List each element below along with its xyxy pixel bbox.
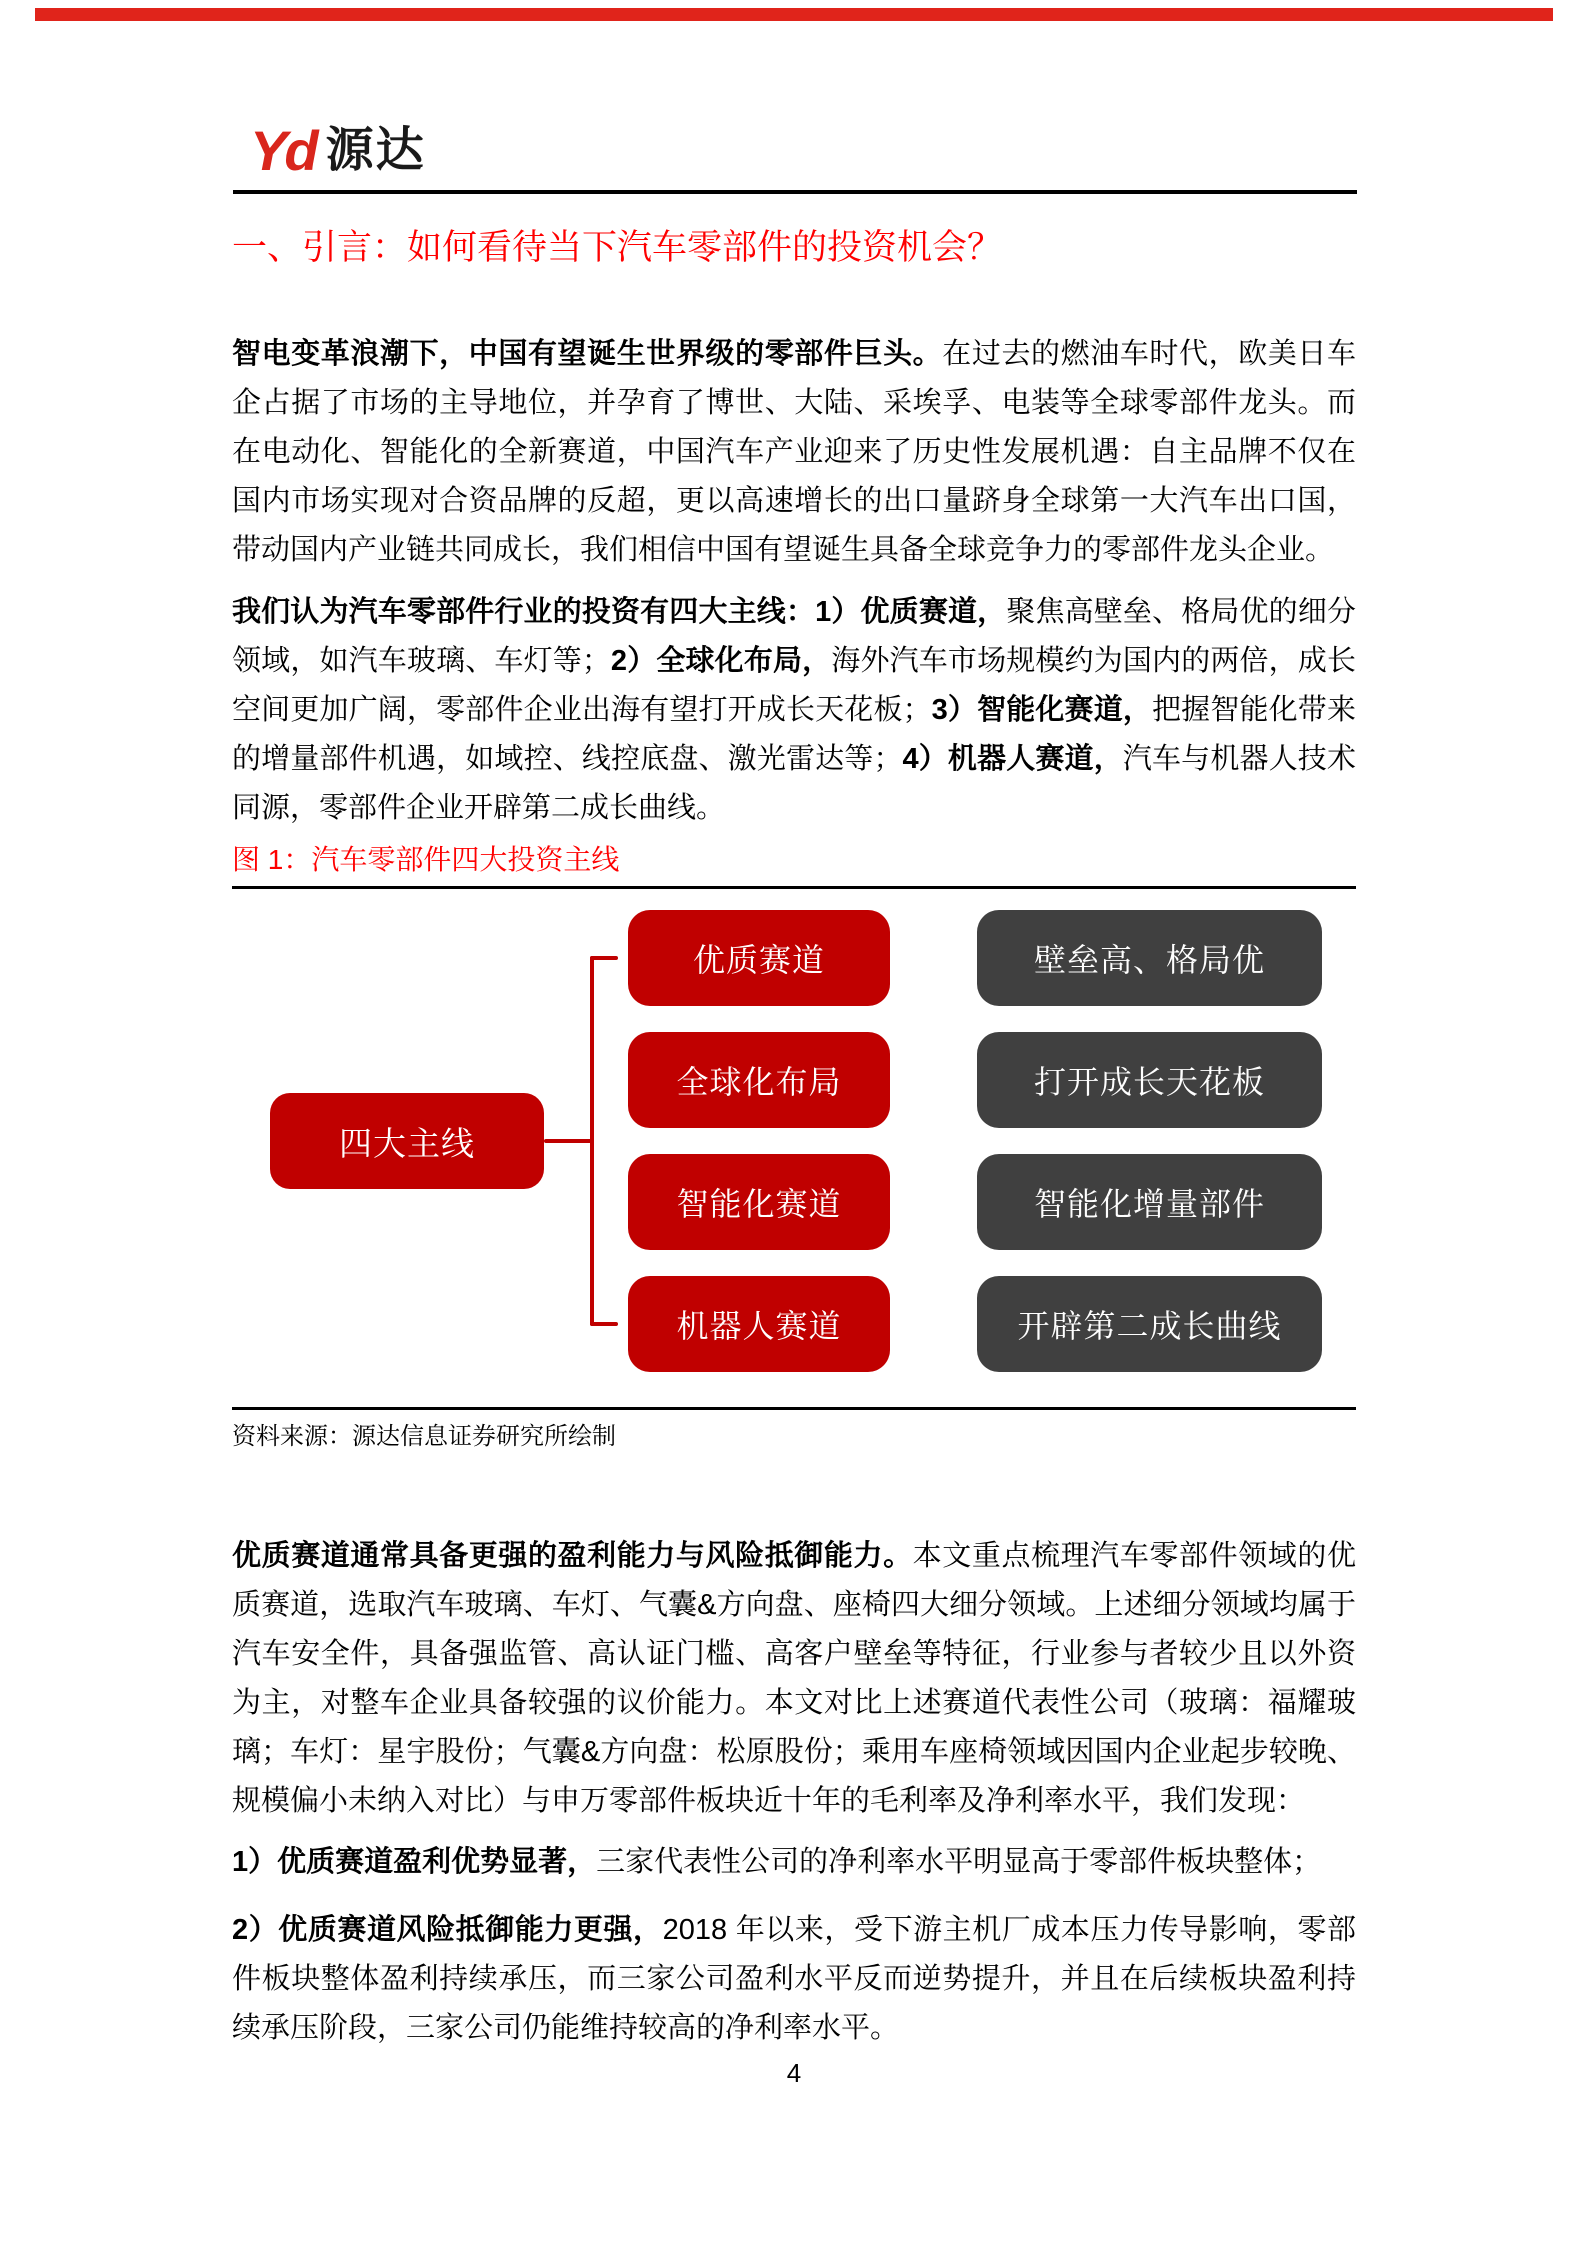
diagram-track-box-3: 智能化赛道 — [628, 1154, 890, 1250]
point-1-lead: 1）优质赛道盈利优势显著， — [232, 1846, 596, 1878]
paragraph-quality-body: 本文重点梳理汽车零部件领域的优质赛道，选取汽车玻璃、车灯、气囊&方向盘、座椅四大… — [232, 1540, 1356, 1817]
paragraph-intro-lead: 智电变革浪潮下，中国有望诞生世界级的零部件巨头。 — [232, 338, 942, 370]
logo-yd-mark: Yd — [250, 123, 316, 179]
logo-company-name: 源达 — [326, 125, 426, 177]
diagram-track-box-2: 全球化布局 — [628, 1032, 890, 1128]
diagram-benefit-box-1: 壁垒高、格局优 — [977, 910, 1322, 1006]
connector-root-stub — [544, 1139, 594, 1143]
company-logo: Yd 源达 — [250, 122, 426, 180]
paragraph-intro: 智电变革浪潮下，中国有望诞生世界级的零部件巨头。在过去的燃油车时代，欧美日车企占… — [232, 330, 1356, 575]
paragraph-point-1: 1）优质赛道盈利优势显著，三家代表性公司的净利率水平明显高于零部件板块整体； — [232, 1838, 1356, 1887]
figure-caption: 图 1：汽车零部件四大投资主线 — [232, 842, 619, 878]
section-title: 一、引言：如何看待当下汽车零部件的投资机会？ — [232, 226, 1382, 270]
diagram-benefit-box-3: 智能化增量部件 — [977, 1154, 1322, 1250]
report-page: Yd 源达 一、引言：如何看待当下汽车零部件的投资机会？ 智电变革浪潮下，中国有… — [0, 0, 1588, 2245]
run-bold-3: 3）智能化赛道， — [932, 694, 1152, 726]
run-bold-2: 2）全球化布局， — [611, 645, 831, 677]
figure-bottom-rule — [232, 1407, 1356, 1410]
paragraph-quality-lead: 优质赛道通常具备更强的盈利能力与风险抵御能力。 — [232, 1540, 913, 1572]
diagram-benefit-box-2: 打开成长天花板 — [977, 1032, 1322, 1128]
paragraph-intro-body: 在过去的燃油车时代，欧美日车企占据了市场的主导地位，并孕育了博世、大陆、采埃孚、… — [232, 338, 1356, 566]
diagram-benefit-box-4: 开辟第二成长曲线 — [977, 1276, 1322, 1372]
figure-source-note: 资料来源：源达信息证券研究所绘制 — [232, 1420, 616, 1454]
page-number: 4 — [232, 2057, 1356, 2089]
run-bold-4: 4）机器人赛道， — [902, 743, 1122, 775]
connector-top-hook — [590, 956, 618, 960]
diagram-track-box-1: 优质赛道 — [628, 910, 890, 1006]
paragraph-quality-track: 优质赛道通常具备更强的盈利能力与风险抵御能力。本文重点梳理汽车零部件领域的优质赛… — [232, 1532, 1356, 1826]
header-divider — [233, 190, 1357, 194]
diagram-track-box-4: 机器人赛道 — [628, 1276, 890, 1372]
paragraph-four-main-lines: 我们认为汽车零部件行业的投资有四大主线：1）优质赛道，聚焦高壁垒、格局优的细分领… — [232, 588, 1356, 833]
figure-top-rule — [232, 886, 1356, 889]
paragraph-point-2: 2）优质赛道风险抵御能力更强，2018 年以来，受下游主机厂成本压力传导影响，零… — [232, 1906, 1356, 2053]
point-2-lead: 2）优质赛道风险抵御能力更强， — [232, 1914, 663, 1946]
connector-bottom-hook — [590, 1322, 618, 1326]
top-red-bar — [35, 8, 1553, 21]
diagram-root-box: 四大主线 — [270, 1093, 544, 1189]
figure-diagram: 四大主线 优质赛道 全球化布局 智能化赛道 机器人赛道 壁垒高、格局优 打开成长… — [232, 900, 1356, 1395]
run-bold-1: 我们认为汽车零部件行业的投资有四大主线：1）优质赛道， — [232, 596, 1006, 628]
point-1-body: 三家代表性公司的净利率水平明显高于零部件板块整体； — [596, 1846, 1321, 1878]
